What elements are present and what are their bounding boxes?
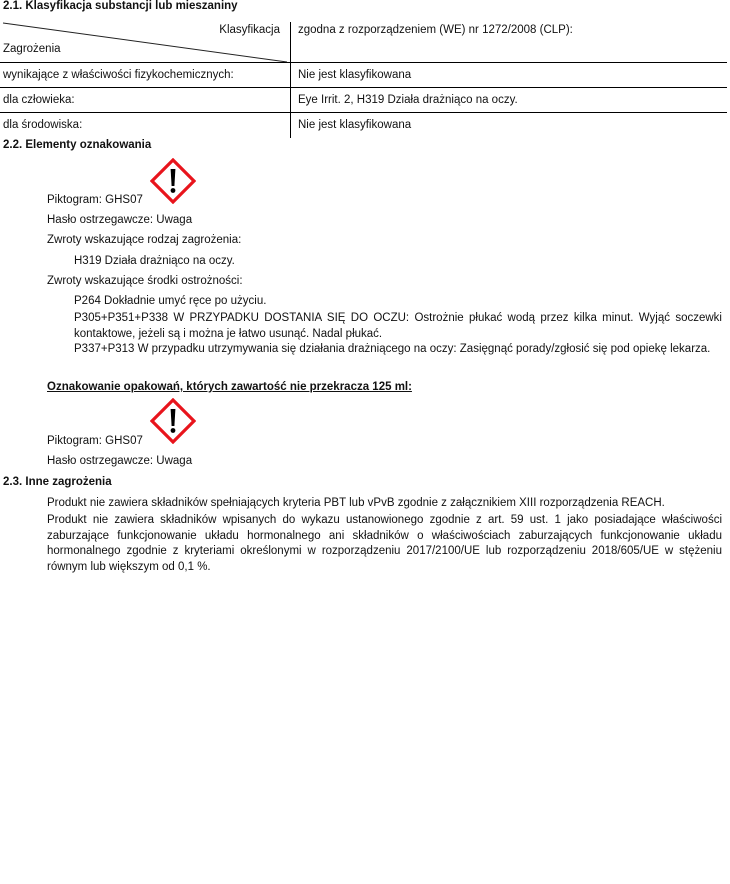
header-regulation-label: zgodna z rozporządzeniem (WE) nr 1272/20… <box>298 24 573 36</box>
hazard-statements-label: Zwroty wskazujące rodzaj zagrożenia: <box>47 234 241 246</box>
table-row-hazard: dla środowiska: <box>3 119 82 131</box>
other-hazards-paragraph: Produkt nie zawiera składników wpisanych… <box>47 513 722 575</box>
section-2-3-heading: 2.3. Inne zagrożenia <box>3 476 112 488</box>
section-2-2-heading: 2.2. Elementy oznakowania <box>3 139 151 151</box>
hazard-statement: H319 Działa drażniąco na oczy. <box>74 255 235 267</box>
precautionary-statement: P264 Dokładnie umyć ręce po użyciu. <box>74 295 266 307</box>
other-hazards-paragraph: Produkt nie zawiera składników spełniają… <box>47 497 665 509</box>
table-row-classification: Nie jest klasyfikowana <box>298 69 411 81</box>
signal-word: Hasło ostrzegawcze: Uwaga <box>47 214 192 226</box>
ghs07-exclamation-icon <box>150 158 196 204</box>
table-column-divider <box>290 22 291 138</box>
ghs07-exclamation-icon <box>150 398 196 444</box>
table-row-classification: Nie jest klasyfikowana <box>298 119 411 131</box>
header-classification-label: Klasyfikacja <box>219 24 280 36</box>
header-hazards-label: Zagrożenia <box>3 43 61 55</box>
table-row-divider <box>0 62 727 63</box>
precautionary-statement: P337+P313 W przypadku utrzymywania się d… <box>74 342 722 358</box>
table-row-divider <box>0 112 727 113</box>
pictogram-label: Piktogram: GHS07 <box>47 435 143 447</box>
section-2-1-heading: 2.1. Klasyfikacja substancji lub mieszan… <box>3 0 238 12</box>
precautionary-statements-label: Zwroty wskazujące środki ostrożności: <box>47 275 243 287</box>
pictogram-label: Piktogram: GHS07 <box>47 194 143 206</box>
precautionary-statement: P305+P351+P338 W PRZYPADKU DOSTANIA SIĘ … <box>74 311 722 342</box>
signal-word: Hasło ostrzegawcze: Uwaga <box>47 455 192 467</box>
small-package-heading: Oznakowanie opakowań, których zawartość … <box>47 381 412 393</box>
classification-table: Klasyfikacja Zagrożenia zgodna z rozporz… <box>0 22 727 138</box>
table-row-classification: Eye Irrit. 2, H319 Działa drażniąco na o… <box>298 94 518 106</box>
table-row-hazard: dla człowieka: <box>3 94 75 106</box>
table-row-divider <box>0 87 727 88</box>
table-row-hazard: wynikające z właściwości fizykochemiczny… <box>3 69 234 81</box>
